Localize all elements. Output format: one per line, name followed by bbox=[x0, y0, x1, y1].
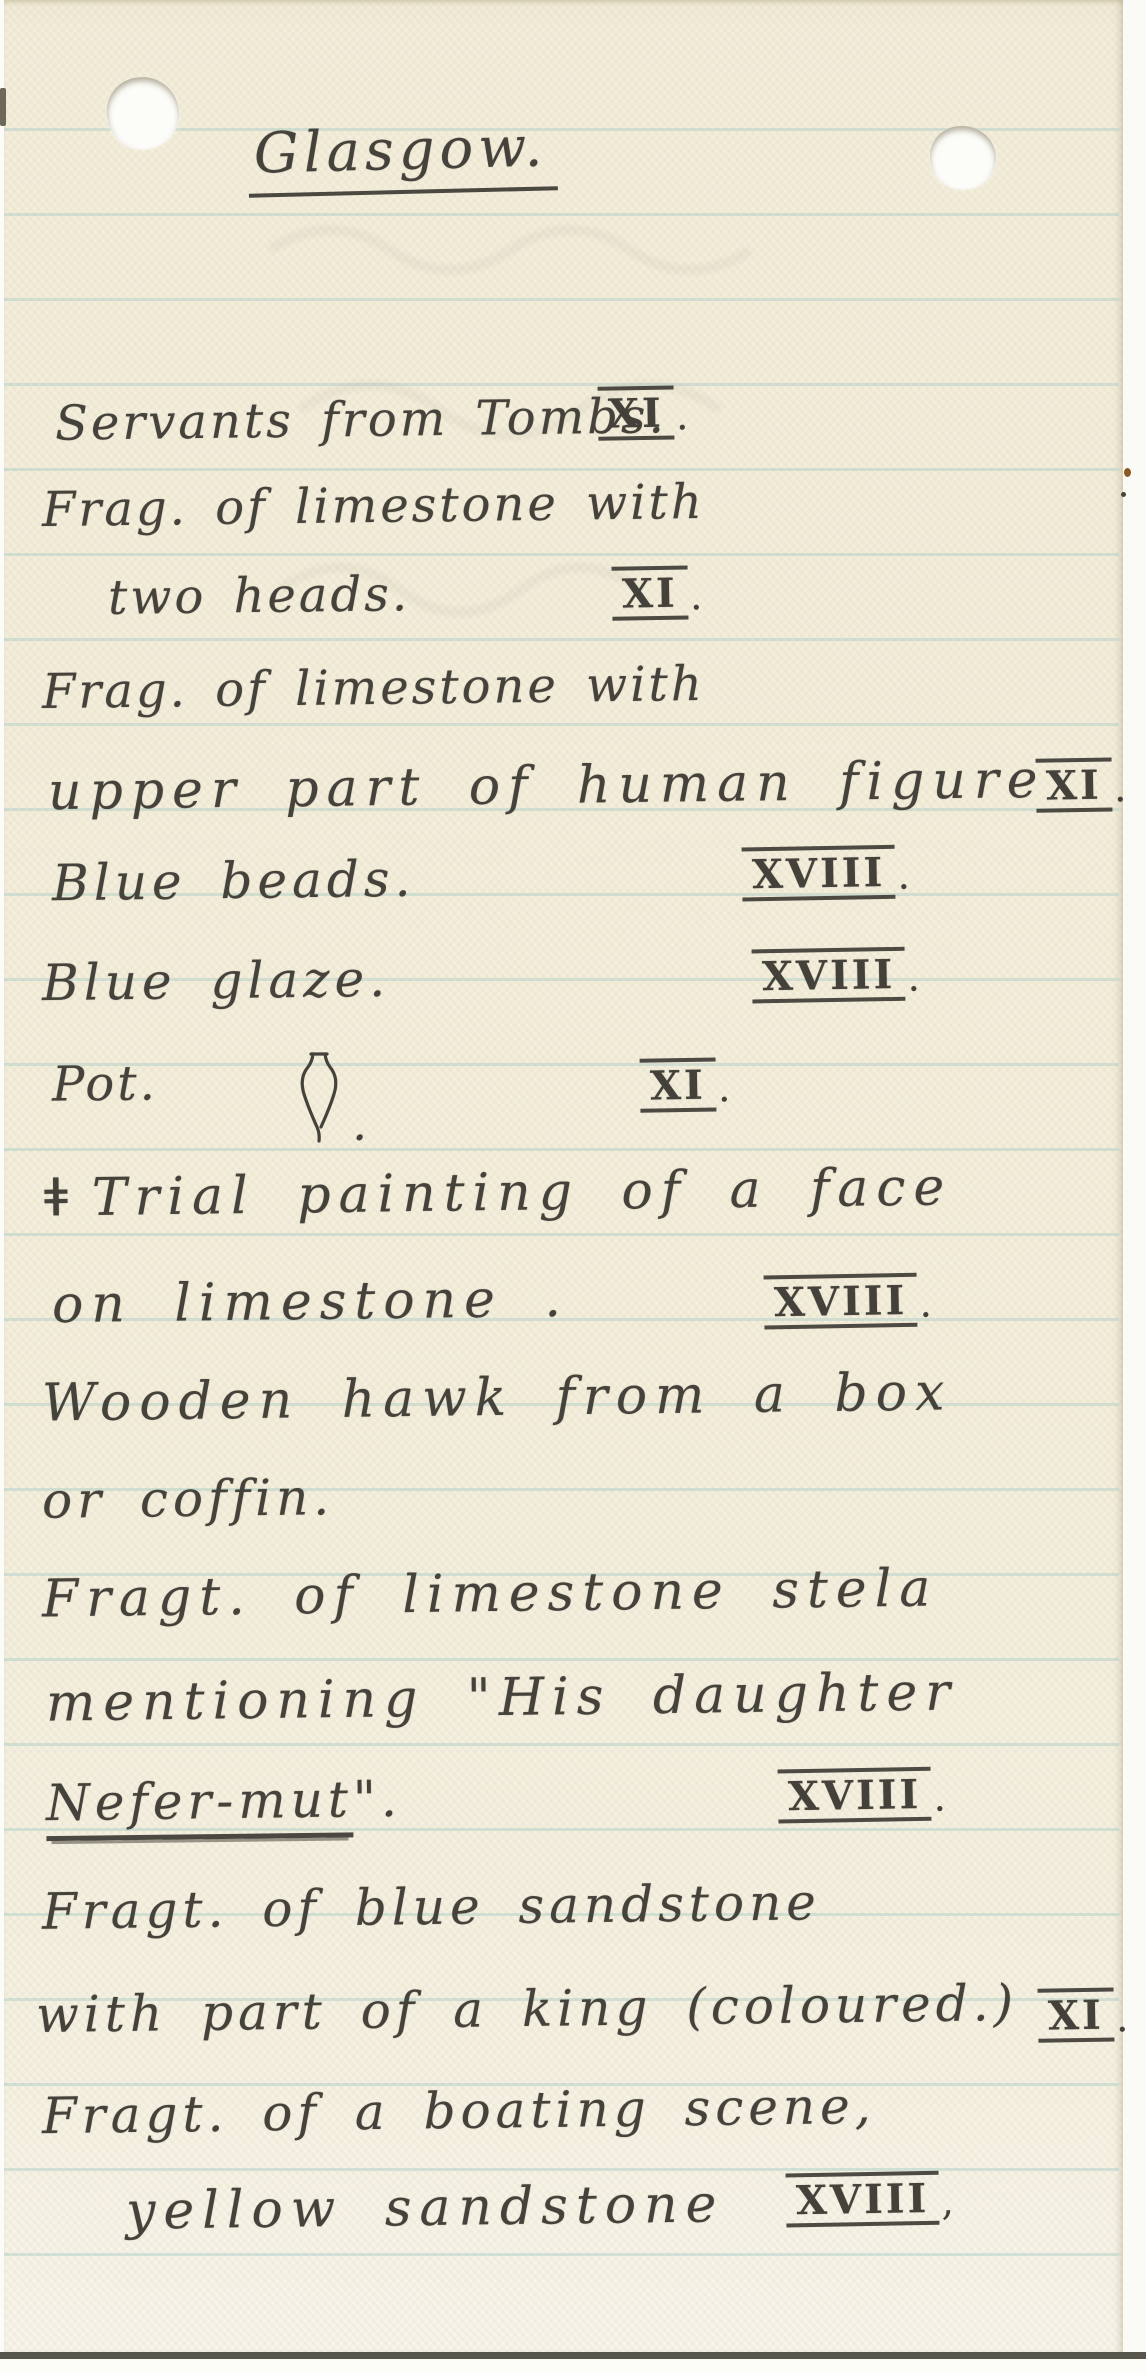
numeral-punct: . bbox=[1113, 765, 1127, 811]
numeral-punct: . bbox=[717, 1065, 731, 1111]
scan-edge-left bbox=[0, 0, 4, 2373]
plate-numeral-value: XVIII bbox=[778, 1767, 932, 1824]
plate-numeral-value: XI bbox=[612, 565, 689, 620]
plate-numeral: XVIII. bbox=[742, 845, 911, 902]
scanned-notebook-page: Glasgow. Servants from Tombs. Frag. of l… bbox=[0, 0, 1146, 2373]
numeral-punct: . bbox=[1115, 1995, 1129, 2041]
handwritten-text: Trial painting of a face bbox=[92, 1157, 953, 1228]
numeral-punct: . bbox=[919, 1281, 933, 1327]
plate-numeral-value: XI bbox=[640, 1057, 717, 1112]
plate-numeral-value: XI bbox=[1038, 1987, 1115, 2042]
plate-numeral: XI. bbox=[1038, 1987, 1129, 2043]
manuscript-line: mentioning "His daughter bbox=[46, 1662, 959, 1733]
handwritten-text: Fragt. of a boating scene, bbox=[42, 2077, 876, 2145]
page-title: Glasgow. bbox=[247, 114, 558, 198]
bleed-through-ghost bbox=[260, 190, 880, 710]
plate-numeral-value: XI bbox=[598, 385, 675, 440]
handwritten-text: or coffin. bbox=[42, 1468, 335, 1530]
manuscript-line: Servants from Tombs. bbox=[55, 388, 667, 451]
plate-numeral: XVIII, bbox=[786, 2171, 955, 2228]
manuscript-line: with part of a king (coloured.) bbox=[36, 1974, 1019, 2044]
handwritten-text: with part of a king (coloured.) bbox=[36, 1974, 1019, 2044]
page-bottom-edge bbox=[0, 2352, 1146, 2359]
numeral-punct: . bbox=[675, 393, 689, 439]
plate-numeral: XI. bbox=[612, 565, 703, 621]
handwritten-text: Blue beads. bbox=[52, 850, 416, 912]
plate-numeral-value: XVIII bbox=[752, 947, 906, 1004]
manuscript-line: Fragt. of a boating scene, bbox=[42, 2077, 876, 2145]
plate-numeral: XI. bbox=[1036, 757, 1127, 813]
manuscript-line: Blue beads. bbox=[52, 850, 416, 912]
scan-edge-bottom bbox=[0, 2359, 1146, 2373]
manuscript-line: Wooden hawk from a box bbox=[42, 1362, 953, 1433]
manuscript-line: on limestone . bbox=[52, 1269, 570, 1335]
plate-numeral: XI. bbox=[640, 1057, 731, 1113]
edge-mark bbox=[0, 88, 6, 126]
handwritten-text: Wooden hawk from a box bbox=[42, 1362, 953, 1433]
handwritten-text: Frag. of limestone with bbox=[42, 656, 705, 720]
handwritten-text: ". bbox=[353, 1770, 403, 1829]
manuscript-line: yellow sandstone bbox=[126, 2174, 725, 2241]
plate-numeral-value: XVIII bbox=[786, 2171, 940, 2228]
numeral-punct: . bbox=[897, 853, 911, 899]
handwritten-text: Frag. of limestone with bbox=[42, 474, 705, 538]
stain-speck bbox=[1121, 492, 1126, 497]
numeral-punct: . bbox=[689, 573, 703, 619]
plate-numeral: XI. bbox=[598, 385, 689, 441]
handwritten-text: on limestone . bbox=[52, 1269, 570, 1335]
manuscript-line: Pot. bbox=[52, 1055, 158, 1112]
handwritten-text: . bbox=[352, 1096, 367, 1152]
manuscript-line: upper part of human figure bbox=[48, 750, 1046, 822]
handwritten-text: Servants from Tombs. bbox=[55, 388, 667, 451]
numeral-punct: , bbox=[941, 2179, 955, 2225]
handwritten-text: mentioning "His daughter bbox=[46, 1662, 959, 1733]
plate-numeral: XVIII. bbox=[752, 947, 921, 1004]
handwritten-text: upper part of human figure bbox=[48, 750, 1046, 822]
manuscript-line: or coffin. bbox=[42, 1468, 335, 1530]
stain-speck bbox=[1124, 468, 1131, 477]
plate-numeral-value: XVIII bbox=[742, 845, 896, 902]
pot-sketch-icon bbox=[296, 1050, 342, 1154]
numeral-punct: . bbox=[907, 955, 921, 1001]
manuscript-line: Blue glaze. bbox=[42, 950, 391, 1012]
plate-numeral: XVIII. bbox=[764, 1273, 933, 1330]
handwritten-name: Nefer-mut bbox=[46, 1770, 354, 1841]
manuscript-line: ǂTrial painting of a face bbox=[44, 1156, 953, 1228]
manuscript-line: Nefer-mut". bbox=[46, 1770, 403, 1832]
plate-numeral-value: XI bbox=[1036, 757, 1113, 812]
manuscript-line: Frag. of limestone with bbox=[42, 474, 705, 538]
numeral-punct: . bbox=[933, 1775, 947, 1821]
manuscript-line: two heads. bbox=[108, 566, 411, 626]
handwritten-text: Fragt. of blue sandstone bbox=[42, 1873, 821, 1941]
plate-numeral-value: XVIII bbox=[764, 1273, 918, 1330]
handwritten-text: Fragt. of limestone stela bbox=[42, 1559, 939, 1630]
manuscript-line: Fragt. of limestone stela bbox=[42, 1559, 939, 1630]
handwritten-text: Blue glaze. bbox=[42, 950, 391, 1012]
manuscript-line: Frag. of limestone with bbox=[42, 656, 705, 720]
crossed-mark: ǂ bbox=[44, 1167, 77, 1228]
handwritten-text: yellow sandstone bbox=[126, 2174, 725, 2241]
punch-hole-right bbox=[930, 126, 996, 189]
plate-numeral: XVIII. bbox=[778, 1767, 947, 1824]
handwritten-text: Pot. bbox=[52, 1055, 158, 1112]
manuscript-line: Fragt. of blue sandstone bbox=[42, 1873, 821, 1941]
handwritten-text: two heads. bbox=[108, 566, 411, 626]
